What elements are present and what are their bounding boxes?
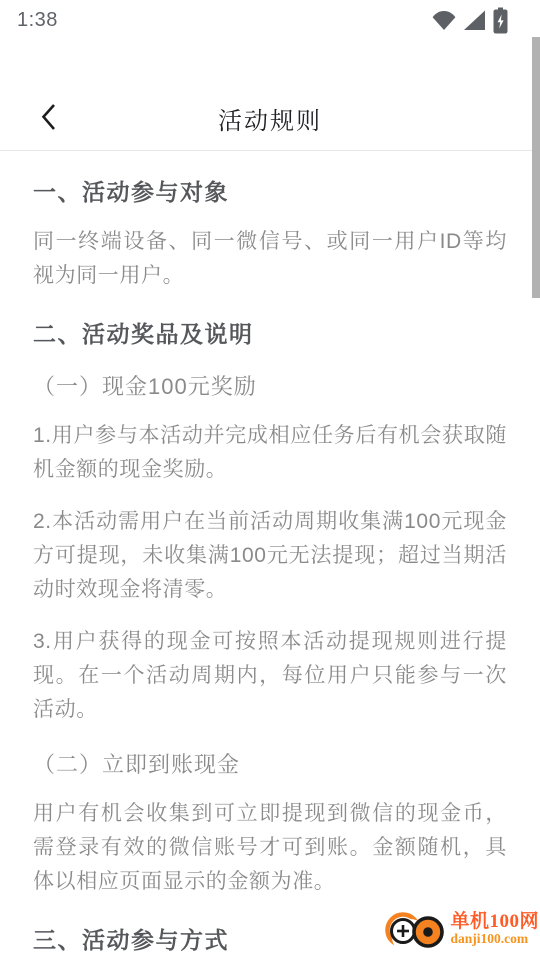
- watermark-domain: danji100.com: [450, 932, 539, 946]
- rules-paragraph: 用户有机会收集到可立即提现到微信的现金币，需登录有效的微信账号才可到账。金额随机…: [33, 797, 507, 899]
- app-bar: 活动规则: [0, 86, 540, 150]
- rules-heading: 一、活动参与对象: [33, 177, 507, 207]
- status-bar: 1:38: [0, 0, 540, 40]
- rules-heading: 二、活动奖品及说明: [33, 319, 507, 349]
- status-icons: [432, 7, 508, 34]
- rules-subheading: （一）现金100元奖励: [33, 373, 507, 401]
- rules-paragraph: 3.用户获得的现金可按照本活动提现规则进行提现。在一个活动周期内，每位用户只能参…: [33, 625, 507, 727]
- rules-paragraph: 1.用户参与本活动并完成相应任务后有机会获取随机金额的现金奖励。: [33, 419, 507, 487]
- watermark-text: 单机100网 danji100.com: [450, 912, 539, 946]
- cellular-signal-icon: [463, 10, 486, 31]
- battery-charging-icon: [493, 7, 508, 34]
- rules-paragraph: 2.本活动需用户在当前活动周期收集满100元现金方可提现，未收集满100元无法提…: [33, 505, 507, 607]
- rules-content: 一、活动参与对象同一终端设备、同一微信号、或同一用户ID等均视为同一用户。二、活…: [0, 151, 540, 960]
- wifi-icon: [432, 10, 456, 31]
- rules-subheading: （二）立即到账现金: [33, 751, 507, 779]
- page-title: 活动规则: [0, 101, 540, 136]
- scrollbar-thumb[interactable]: [532, 37, 540, 298]
- watermark: 单机100网 danji100.com: [385, 903, 539, 955]
- status-time: 1:38: [17, 9, 58, 32]
- watermark-title: 单机100网: [450, 912, 539, 932]
- danji100-logo-icon: [385, 903, 447, 955]
- screen: 1:38: [0, 0, 540, 960]
- rules-paragraph: 同一终端设备、同一微信号、或同一用户ID等均视为同一用户。: [33, 225, 507, 293]
